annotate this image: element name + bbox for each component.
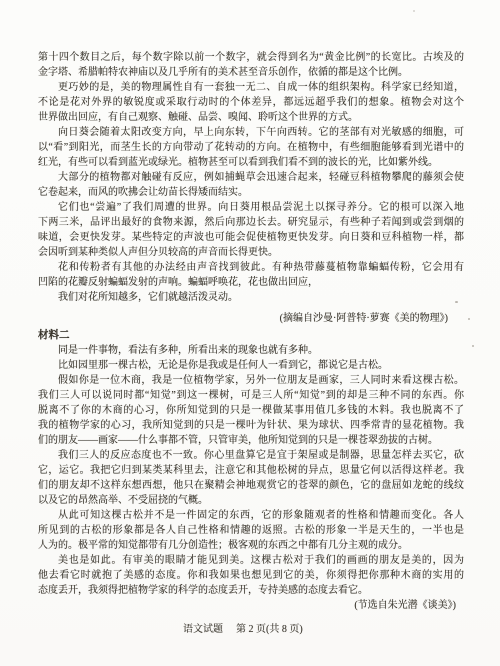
text-line: 味道，会更快发芽。某些特定的声波也可能会促使植物更快发芽。向日葵和豆科植物一样，…	[38, 230, 464, 245]
text-line: 我们三人可以说同时都“知觉”到这一棵树，可是三人所“知觉”到的却是三种不同的东西…	[38, 388, 464, 403]
text-line: 第十四个数目之后，每个数字除以前一个数字，就会得到名为“黄金比例”的长宽比。古埃…	[38, 50, 464, 65]
text-line: 以及它的昂然高举、不受屈挠的气概。	[38, 493, 464, 508]
text-line: 花和传粉者有其他的办法经由声音找到彼此。有种热带藤蔓植物靠蝙蝠传粉，它会用有	[38, 260, 464, 275]
text-line: 脱离不了你的木商的心习，你所知觉到的只是一棵做某事用值几多钱的木料。我也脱离不了	[38, 403, 464, 418]
text-line: 下两三米，品评出最好的食物来源，然后向那边长去。研究显示，有些种子若闻到或尝到烟…	[38, 215, 464, 230]
text-line: 他去看它时就抱了美感的态度。你和我如果也想见到它的美，你须得把你那种木商的实用的	[38, 568, 464, 583]
attribution-material2: (节选自朱光潜《谈美》)	[38, 598, 464, 613]
text-line: 金字塔、希腊帕特农神庙以及几乎所有的美术甚至音乐创作，依循的都是这个比例。	[38, 65, 464, 80]
text-line: 我们对花所知越多，它们就越活泼灵动。	[38, 290, 464, 305]
text-line: 更巧妙的是，美的物理属性自有一套独一无二、自成一体的组织架构。科学家已经知道，	[38, 80, 464, 95]
page-footer: 语文试题第 2 页(共 8 页)	[183, 620, 303, 635]
text-block: 第十四个数目之后，每个数字除以前一个数字，就会得到名为“黄金比例”的长宽比。古埃…	[38, 50, 464, 613]
text-line: 会因听到某种类似人声但分贝较高的声音而长得更快。	[38, 245, 464, 260]
text-line: 所见到的古松的形象都是各人自己性格和情趣的返照。古松的形象一半是天生的，一半也是	[38, 523, 464, 538]
text-line: 大部分的植物都对触碰有反应，例如捕蝇草会迅速合起来，轻碰豆科植物攀爬的藤须会使	[38, 170, 464, 185]
text-line: 红光，有些可以看到蓝光或绿光。植物甚至可以看到我们看不到的波长的光，比如紫外线。	[38, 155, 464, 170]
text-line: 比如园里那一棵古松，无论是你是我或是任何人一看到它，都说它是古松。	[38, 358, 464, 373]
text-line: 人为的。极平常的知觉都带有几分创造性；极客观的东西之中都有几分主观的成分。	[38, 538, 464, 553]
text-line: 从此可知这棵古松并不是一件固定的东西，它的形象随观者的性格和情趣而变化。各人	[38, 508, 464, 523]
text-line: 同是一件事物，看法有多种，所看出来的现象也就有多种。	[38, 343, 464, 358]
scan-speck	[455, 301, 458, 303]
material2-header: 材料二	[38, 328, 464, 343]
text-line: 态度丢开，我须得把植物学家的科学的态度丢开，专持美感的态度去看它。	[38, 583, 464, 598]
text-line: 以“看”到阳光，而茎生长的方向带动了花转动的方向。在植物中，有些细胞能够看到光谱…	[38, 140, 464, 155]
text-line: 凹陷的花瓣反射蝙蝠发射的声响。蝙蝠呼唤花，花也做出回应，	[38, 275, 464, 290]
text-line: 不论是花对外界的敏锐度或采取行动时的个体差异，都远远超乎我们的想象。植物会对这个	[38, 95, 464, 110]
text-line: 我的植物学家的心习，我所知觉到的只是一棵叶为针状、果为球状、四季常青的显花植物。…	[38, 418, 464, 433]
scan-speck	[472, 345, 474, 347]
text-line: 它，运它。我把它归到某类某科里去，注意它和其他松树的异点，思量它何以活得这样老。…	[38, 463, 464, 478]
text-line: 们的朋友——画家——什么事都不管，只管审美，他所知觉到的只是一棵苍翠劲拔的古树。	[38, 433, 464, 448]
text-line: 们的朋友却不这样东想西想，他只在聚精会神地观赏它的苍翠的颜色，它的盘屈如龙蛇的线…	[38, 478, 464, 493]
text-line: 世界做出回应，有自己观察、触碰、品尝、嗅闻、聆听这个世界的方式。	[38, 110, 464, 125]
scanned-exam-page: 第十四个数目之后，每个数字除以前一个数字，就会得到名为“黄金比例”的长宽比。古埃…	[0, 0, 500, 666]
text-line: 它卷起来，而风的吹拂会让幼苗长得矮而结实。	[38, 185, 464, 200]
exam-title: 语文试题	[183, 624, 223, 635]
scan-speck	[468, 318, 470, 320]
text-line: 向日葵会随着太阳改变方向，早上向东转，下午向西转。它的茎部有对光敏感的细胞，可	[38, 125, 464, 140]
page-number: 第 2 页(共 8 页)	[236, 624, 303, 635]
scan-speck	[413, 10, 415, 12]
text-line: 它们也“尝遍”了我们周遭的世界。向日葵用根品尝泥土以探寻养分。它的根可以深入地	[38, 200, 464, 215]
attribution-material1: (摘编自沙曼·阿普特·萝赛《美的物理》)	[38, 311, 464, 326]
text-line: 美也是如此。有审美的眼睛才能见到美。这棵古松对于我们的画画的朋友是美的，因为	[38, 553, 464, 568]
text-line: 假如你是一位木商，我是一位植物学家，另外一位朋友是画家，三人同时来看这棵古松。	[38, 373, 464, 388]
text-line: 我们三人的反应态度也不一致。你心里盘算它是宜于架屋或是制器，思量怎样去买它，砍	[38, 448, 464, 463]
